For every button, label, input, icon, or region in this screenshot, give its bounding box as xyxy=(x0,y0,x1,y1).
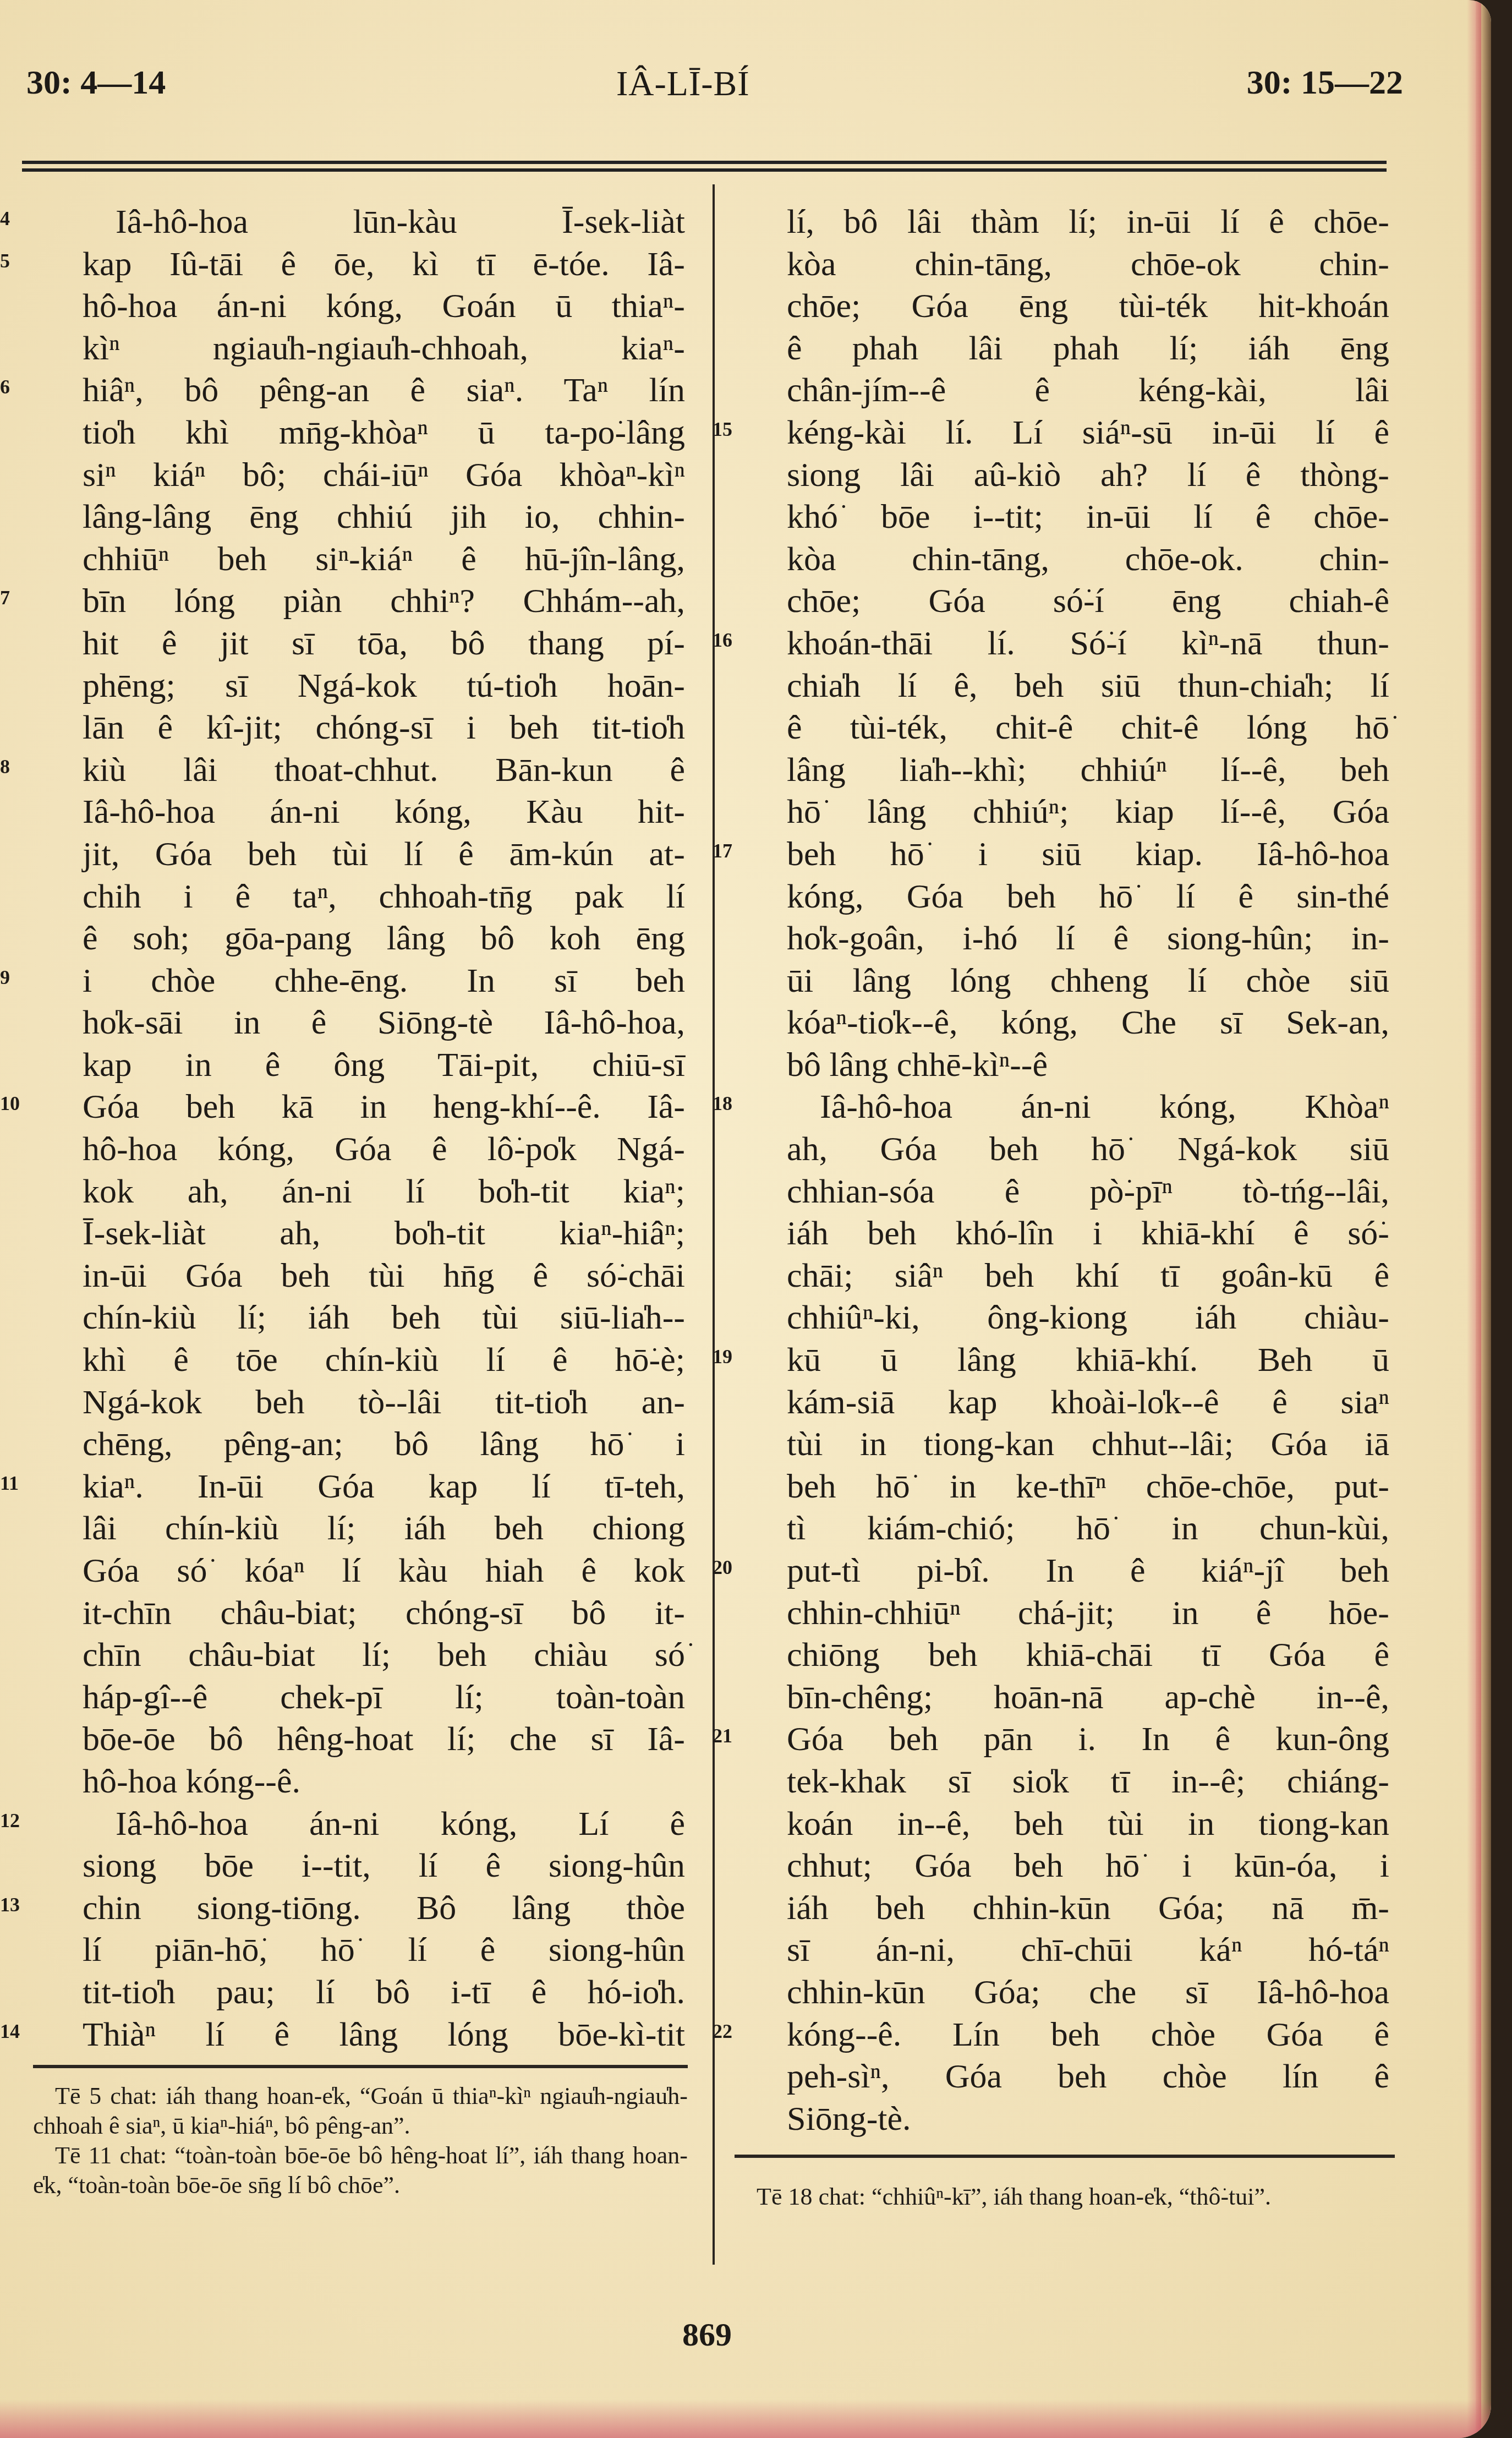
line-text: kok ah, án-ni lí bo̍h-tit kiaⁿ; xyxy=(83,1173,685,1210)
verse-number: 18 xyxy=(713,1083,746,1125)
line-text: chân-jím--ê ê kéng-kài, lâi xyxy=(787,371,1389,409)
verse-number: 6 xyxy=(0,366,33,408)
text-line: kìⁿ ngiau̍h-ngiau̍h-chhoah, kiaⁿ- xyxy=(83,327,685,370)
line-text: lâng lia̍h--khì; chhiúⁿ lí--ê, beh xyxy=(787,751,1389,789)
line-text: hô-hoa kóng, Góa ê lô͘-po̍k Ngá- xyxy=(83,1130,685,1168)
text-line: 11kiaⁿ. In-ūi Góa kap lí tī-teh, xyxy=(83,1466,685,1508)
line-text: lān ê kî-jit; chóng-sī i beh tit-tio̍h xyxy=(83,709,685,746)
text-line: hô-hoa kóng, Góa ê lô͘-po̍k Ngá- xyxy=(83,1128,685,1171)
text-line: in-ūi Góa beh tùi hn̄g ê só͘-chāi xyxy=(83,1255,685,1297)
text-line: hō͘ lâng chhiúⁿ; kiap lí--ê, Góa xyxy=(787,791,1389,833)
line-text: bô lâng chhē-kìⁿ--ê xyxy=(787,1046,1048,1084)
line-text: Ngá-kok beh tò--lâi tit-tio̍h an- xyxy=(83,1384,685,1421)
column-divider xyxy=(713,184,715,2265)
text-line: tì kiám-chió; hō͘ in chun-kùi, xyxy=(787,1507,1389,1550)
text-line: beh hō͘ in ke-thīⁿ chōe-chōe, put- xyxy=(787,1466,1389,1508)
text-line: Iâ-hô-hoa án-ni kóng, Kàu hit- xyxy=(83,791,685,833)
line-text: bīn-chêng; hoān-nā ap-chè in--ê, xyxy=(787,1679,1389,1716)
text-line: tùi in tiong-kan chhut--lâi; Góa iā xyxy=(787,1423,1389,1466)
line-text: chiōng beh khiā-chāi tī Góa ê xyxy=(787,1636,1389,1674)
line-text: chhin-chhiūⁿ chá-jit; in ê hōe- xyxy=(787,1594,1389,1632)
line-text: chia̍h lí ê, beh siū thun-chia̍h; lí xyxy=(787,667,1389,704)
line-text: ê tùi-ték, chit-ê chit-ê lóng hō͘ xyxy=(787,709,1389,746)
line-text: ho̍k-sāi in ê Siōng-tè Iâ-hô-hoa, xyxy=(83,1004,685,1041)
line-text: ê soh; gōa-pang lâng bô koh ēng xyxy=(83,920,685,957)
text-line: 6hiâⁿ, bô pêng-an ê siaⁿ. Taⁿ lín xyxy=(83,369,685,412)
line-text: hô-hoa kóng--ê. xyxy=(83,1763,300,1800)
line-text: sī án-ni, chī-chūi káⁿ hó-táⁿ xyxy=(787,1931,1389,1969)
line-text: ê phah lâi phah lí; iáh ēng xyxy=(787,330,1389,367)
line-text: hiâⁿ, bô pêng-an ê siaⁿ. Taⁿ lín xyxy=(83,371,685,409)
text-line: tit-tio̍h pau; lí bô i-tī ê hó-io̍h. xyxy=(83,1971,685,2014)
header-rule-top xyxy=(22,161,1387,164)
verse-number: 5 xyxy=(0,240,33,282)
left-footnote-rule xyxy=(33,2065,688,2068)
footnote: Tē 11 chat: “toàn-toàn bōe-ōe bô hêng-ho… xyxy=(33,2141,688,2200)
text-line: kám-siā kap khoài-lo̍k--ê ê siaⁿ xyxy=(787,1381,1389,1424)
text-line: chīn châu-biat lí; beh chiàu só͘ xyxy=(83,1634,685,1676)
line-text: chhiûⁿ-ki, ông-kiong iáh chiàu- xyxy=(787,1299,1389,1336)
text-line: 8kiù lâi thoat-chhut. Bān-kun ê xyxy=(83,749,685,791)
text-line: phēng; sī Ngá-kok tú-tio̍h hoān- xyxy=(83,665,685,707)
line-text: peh-sìⁿ, Góa beh chòe lín ê xyxy=(787,2058,1389,2095)
text-line: 14Thiàⁿ lí ê lâng lóng bōe-kì-tit xyxy=(83,2014,685,2056)
line-text: khì ê tōe chín-kiù lí ê hō͘-è; xyxy=(83,1341,685,1379)
line-text: beh hō͘ in ke-thīⁿ chōe-chōe, put- xyxy=(787,1468,1389,1505)
line-text: iáh beh chhin-kūn Góa; nā m̄- xyxy=(787,1889,1389,1927)
line-text: kiaⁿ. In-ūi Góa kap lí tī-teh, xyxy=(83,1468,685,1505)
line-text: i chòe chhe-ēng. In sī beh xyxy=(83,962,685,999)
verse-number: 12 xyxy=(0,1800,33,1842)
left-column-text: 4Iâ-hô-hoa lūn-kàu Ī-sek-liàt5kap Iû-tāi… xyxy=(83,201,685,2056)
text-line: 22kóng--ê. Lín beh chòe Góa ê xyxy=(787,2014,1389,2056)
text-line: hô-hoa án-ni kóng, Goán ū thiaⁿ- xyxy=(83,285,685,327)
verse-number: 19 xyxy=(713,1336,746,1378)
text-line: chhian-sóa ê pò͘-pīⁿ tò-tńg--lâi, xyxy=(787,1171,1389,1213)
line-text: bōe-ōe bô hêng-hoat lí; che sī Iâ- xyxy=(83,1720,685,1758)
text-line: ê phah lâi phah lí; iáh ēng xyxy=(787,327,1389,370)
line-text: kiù lâi thoat-chhut. Bān-kun ê xyxy=(83,751,685,789)
text-line: bīn-chêng; hoān-nā ap-chè in--ê, xyxy=(787,1676,1389,1719)
line-text: tek-khak sī sio̍k tī in--ê; chiáng- xyxy=(787,1763,1389,1800)
text-line: 10Góa beh kā in heng-khí--ê. Iâ- xyxy=(83,1086,685,1128)
text-line: siong lâi aû-kiò ah? lí ê thòng- xyxy=(787,454,1389,496)
right-column-text: lí, bô lâi thàm lí; in-ūi lí ê chōe-kòa … xyxy=(787,201,1389,2140)
text-line: chōe; Góa ēng tùi-ték hit-khoán xyxy=(787,285,1389,327)
text-line: 20put-tì pi-bî. In ê kiáⁿ-jî beh xyxy=(787,1550,1389,1592)
red-edge-stain-bottom xyxy=(0,2399,1491,2438)
line-text: hit ê jit sī tōa, bô thang pí- xyxy=(83,625,685,662)
line-text: lí, bô lâi thàm lí; in-ūi lí ê chōe- xyxy=(787,203,1389,240)
line-text: phēng; sī Ngá-kok tú-tio̍h hoān- xyxy=(83,667,685,704)
text-line: 12Iâ-hô-hoa án-ni kóng, Lí ê xyxy=(83,1803,685,1845)
running-header: 30: 4—14 IÂ-LĪ-BÍ 30: 15—22 xyxy=(22,63,1403,107)
line-text: chēng, pêng-an; bô lâng hō͘ i xyxy=(83,1425,685,1463)
text-line: Ngá-kok beh tò--lâi tit-tio̍h an- xyxy=(83,1381,685,1424)
verse-number: 11 xyxy=(0,1462,33,1505)
text-line: bōe-ōe bô hêng-hoat lí; che sī Iâ- xyxy=(83,1718,685,1761)
footnote: Tē 18 chat: “chhiûⁿ-kī”, iáh thang hoan-… xyxy=(735,2182,1395,2212)
text-line: chín-kiù lí; iáh beh tùi siū-lia̍h-- xyxy=(83,1297,685,1339)
line-text: kóng--ê. Lín beh chòe Góa ê xyxy=(787,2016,1389,2053)
verse-number: 17 xyxy=(713,830,746,872)
text-line: kap in ê ông Tāi-pit, chiū-sī xyxy=(83,1044,685,1086)
line-text: chōe; Góa só͘-í ēng chiah-ê xyxy=(787,582,1389,620)
text-line: siⁿ kiáⁿ bô; chái-iūⁿ Góa khòaⁿ-kìⁿ xyxy=(83,454,685,496)
text-line: 9i chòe chhe-ēng. In sī beh xyxy=(83,960,685,1002)
line-text: Góa só͘ kóaⁿ lí kàu hiah ê kok xyxy=(83,1552,685,1589)
text-line: chhiūⁿ beh siⁿ-kiáⁿ ê hū-jîn-lâng, xyxy=(83,538,685,581)
text-line: chiōng beh khiā-chāi tī Góa ê xyxy=(787,1634,1389,1676)
line-text: put-tì pi-bî. In ê kiáⁿ-jî beh xyxy=(787,1552,1389,1589)
line-text: iáh beh khó-lîn i khiā-khí ê só͘- xyxy=(787,1215,1389,1252)
line-text: kéng-kài lí. Lí siáⁿ-sū in-ūi lí ê xyxy=(787,414,1389,451)
verse-number: 8 xyxy=(0,746,33,788)
line-text: lí piān-hō͘, hō͘ lí ê siong-hûn xyxy=(83,1931,685,1969)
text-line: hô-hoa kóng--ê. xyxy=(83,1761,685,1803)
line-text: lâi chín-kiù lí; iáh beh chiong xyxy=(83,1510,685,1547)
line-text: Góa beh kā in heng-khí--ê. Iâ- xyxy=(83,1088,685,1125)
header-book-title: IÂ-LĪ-BÍ xyxy=(616,63,750,104)
text-line: 19kū ū lâng khiā-khí. Beh ū xyxy=(787,1339,1389,1381)
line-text: beh hō͘ i siū kiap. Iâ-hô-hoa xyxy=(787,835,1389,873)
text-line: chōe; Góa só͘-í ēng chiah-ê xyxy=(787,580,1389,622)
line-text: ho̍k-goân, i-hó lí ê siong-hûn; in- xyxy=(787,920,1389,957)
text-line: 7bīn lóng piàn chhiⁿ? Chhám--ah, xyxy=(83,580,685,622)
text-line: ê tùi-ték, chit-ê chit-ê lóng hō͘ xyxy=(787,707,1389,749)
text-line: kòa chin-tāng, chōe-ok. chin- xyxy=(787,538,1389,581)
header-rule-bottom xyxy=(22,168,1387,172)
line-text: chhut; Góa beh hō͘ i kūn-óa, i xyxy=(787,1847,1389,1884)
text-line: 13chin siong-tiōng. Bô lâng thòe xyxy=(83,1887,685,1929)
text-line: bô lâng chhē-kìⁿ--ê xyxy=(787,1044,1389,1086)
text-line: chia̍h lí ê, beh siū thun-chia̍h; lí xyxy=(787,665,1389,707)
line-text: kám-siā kap khoài-lo̍k--ê ê siaⁿ xyxy=(787,1384,1389,1421)
verse-number: 13 xyxy=(0,1884,33,1926)
text-line: 17beh hō͘ i siū kiap. Iâ-hô-hoa xyxy=(787,833,1389,876)
text-line: sī án-ni, chī-chūi káⁿ hó-táⁿ xyxy=(787,1929,1389,1971)
line-text: chhiūⁿ beh siⁿ-kiáⁿ ê hū-jîn-lâng, xyxy=(83,540,685,578)
text-line: 15kéng-kài lí. Lí siáⁿ-sū in-ūi lí ê xyxy=(787,412,1389,454)
book-page: 30: 4—14 IÂ-LĪ-BÍ 30: 15—22 4Iâ-hô-hoa l… xyxy=(0,0,1491,2438)
verse-number: 9 xyxy=(0,956,33,999)
text-line: chhin-kūn Góa; che sī Iâ-hô-hoa xyxy=(787,1971,1389,2014)
left-footnotes: Tē 5 chat: iáh thang hoan-e̍k, “Goán ū t… xyxy=(33,2081,688,2200)
verse-number: 20 xyxy=(713,1546,746,1589)
footnote: Tē 5 chat: iáh thang hoan-e̍k, “Goán ū t… xyxy=(33,2081,688,2141)
verse-number: 16 xyxy=(713,619,746,662)
line-text: ah, Góa beh hō͘ Ngá-kok siū xyxy=(787,1130,1389,1168)
text-line: 5kap Iû-tāi ê ōe, kì tī ē-tóe. Iâ- xyxy=(83,243,685,286)
line-text: kū ū lâng khiā-khí. Beh ū xyxy=(787,1341,1389,1379)
text-line: 21Góa beh pān i. In ê kun-ông xyxy=(787,1718,1389,1761)
text-line: lān ê kî-jit; chóng-sī i beh tit-tio̍h xyxy=(83,707,685,749)
line-text: kap Iû-tāi ê ōe, kì tī ē-tóe. Iâ- xyxy=(83,245,685,283)
line-text: kìⁿ ngiau̍h-ngiau̍h-chhoah, kiaⁿ- xyxy=(83,330,685,367)
verse-number: 22 xyxy=(713,2010,746,2053)
verse-number: 4 xyxy=(0,198,33,240)
line-text: Iâ-hô-hoa lūn-kàu Ī-sek-liàt xyxy=(116,203,685,240)
text-line: lâi chín-kiù lí; iáh beh chiong xyxy=(83,1507,685,1550)
text-line: 16khoán-thāi lí. Só͘-í kìⁿ-nā thun- xyxy=(787,622,1389,665)
text-line: chhin-chhiūⁿ chá-jit; in ê hōe- xyxy=(787,1592,1389,1635)
line-text: tì kiám-chió; hō͘ in chun-kùi, xyxy=(787,1510,1389,1547)
text-line: chhut; Góa beh hō͘ i kūn-óa, i xyxy=(787,1845,1389,1887)
line-text: háp-gî--ê chek-pī lí; toàn-toàn xyxy=(83,1679,685,1716)
text-line: 18Iâ-hô-hoa án-ni kóng, Khòaⁿ xyxy=(787,1086,1389,1128)
text-line: ah, Góa beh hō͘ Ngá-kok siū xyxy=(787,1128,1389,1171)
text-line: koán in--ê, beh tùi in tiong-kan xyxy=(787,1803,1389,1845)
text-line: tio̍h khì mn̄g-khòaⁿ ū ta-po͘-lâng xyxy=(83,412,685,454)
text-line: kok ah, án-ni lí bo̍h-tit kiaⁿ; xyxy=(83,1171,685,1213)
line-text: chāi; siâⁿ beh khí tī goân-kū ê xyxy=(787,1257,1389,1294)
line-text: kóng, Góa beh hō͘ lí ê sin-thé xyxy=(787,878,1389,915)
text-line: it-chīn châu-biat; chóng-sī bô it- xyxy=(83,1592,685,1635)
line-text: siong bōe i--tit, lí ê siong-hûn xyxy=(83,1847,685,1884)
line-text: kòa chin-tāng, chōe-ok. chin- xyxy=(787,540,1389,578)
text-line: khì ê tōe chín-kiù lí ê hō͘-è; xyxy=(83,1339,685,1381)
text-line: kóng, Góa beh hō͘ lí ê sin-thé xyxy=(787,876,1389,918)
right-footnotes: Tē 18 chat: “chhiûⁿ-kī”, iáh thang hoan-… xyxy=(735,2182,1395,2212)
right-footnote-rule xyxy=(735,2155,1395,2158)
verse-number: 21 xyxy=(713,1715,746,1757)
line-text: kòa chin-tāng, chōe-ok chin- xyxy=(787,245,1389,283)
line-text: chih i ê taⁿ, chhoah-tn̄g pak lí xyxy=(83,878,685,915)
text-line: khó͘ bōe i--tit; in-ūi lí ê chōe- xyxy=(787,496,1389,538)
text-line: ūi lâng lóng chheng lí chòe siū xyxy=(787,960,1389,1002)
text-line: chāi; siâⁿ beh khí tī goân-kū ê xyxy=(787,1255,1389,1297)
text-line: Siōng-tè. xyxy=(787,2098,1389,2140)
text-line: kòa chin-tāng, chōe-ok chin- xyxy=(787,243,1389,286)
text-line: ho̍k-goân, i-hó lí ê siong-hûn; in- xyxy=(787,917,1389,960)
line-text: Góa beh pān i. In ê kun-ông xyxy=(787,1720,1389,1758)
verse-number: 7 xyxy=(0,577,33,619)
text-line: chih i ê taⁿ, chhoah-tn̄g pak lí xyxy=(83,876,685,918)
verse-number: 14 xyxy=(0,2010,33,2053)
line-text: tit-tio̍h pau; lí bô i-tī ê hó-io̍h. xyxy=(83,1974,685,2011)
text-line: Góa só͘ kóaⁿ lí kàu hiah ê kok xyxy=(83,1550,685,1592)
verse-number: 10 xyxy=(0,1083,33,1125)
line-text: ūi lâng lóng chheng lí chòe siū xyxy=(787,962,1389,999)
text-line: jit, Góa beh tùi lí ê ām-kún at- xyxy=(83,833,685,876)
text-line: chhiûⁿ-ki, ông-kiong iáh chiàu- xyxy=(787,1297,1389,1339)
text-line: iáh beh khó-lîn i khiā-khí ê só͘- xyxy=(787,1212,1389,1255)
text-line: 4Iâ-hô-hoa lūn-kàu Ī-sek-liàt xyxy=(83,201,685,243)
line-text: koán in--ê, beh tùi in tiong-kan xyxy=(787,1805,1389,1843)
line-text: bīn lóng piàn chhiⁿ? Chhám--ah, xyxy=(83,582,685,620)
line-text: Iâ-hô-hoa án-ni kóng, Lí ê xyxy=(116,1805,685,1843)
text-line: kóaⁿ-tio̍k--ê, kóng, Che sī Sek-an, xyxy=(787,1002,1389,1044)
line-text: tùi in tiong-kan chhut--lâi; Góa iā xyxy=(787,1425,1389,1463)
line-text: siⁿ kiáⁿ bô; chái-iūⁿ Góa khòaⁿ-kìⁿ xyxy=(83,456,685,494)
line-text: chhin-kūn Góa; che sī Iâ-hô-hoa xyxy=(787,1974,1389,2011)
line-text: kóaⁿ-tio̍k--ê, kóng, Che sī Sek-an, xyxy=(787,1004,1389,1041)
text-line: lí, bô lâi thàm lí; in-ūi lí ê chōe- xyxy=(787,201,1389,243)
line-text: hô-hoa án-ni kóng, Goán ū thiaⁿ- xyxy=(83,287,685,325)
text-line: iáh beh chhin-kūn Góa; nā m̄- xyxy=(787,1887,1389,1929)
line-text: hō͘ lâng chhiúⁿ; kiap lí--ê, Góa xyxy=(787,793,1389,830)
line-text: Iâ-hô-hoa án-ni kóng, Khòaⁿ xyxy=(820,1088,1389,1125)
line-text: kap in ê ông Tāi-pit, chiū-sī xyxy=(83,1046,685,1084)
line-text: Iâ-hô-hoa án-ni kóng, Kàu hit- xyxy=(83,793,685,830)
line-text: tio̍h khì mn̄g-khòaⁿ ū ta-po͘-lâng xyxy=(83,414,685,451)
header-right-reference: 30: 15—22 xyxy=(1247,63,1403,102)
red-edge-stain xyxy=(1467,0,1481,2438)
text-line: Ī-sek-liàt ah, bo̍h-tit kiaⁿ-hiâⁿ; xyxy=(83,1212,685,1255)
text-line: peh-sìⁿ, Góa beh chòe lín ê xyxy=(787,2056,1389,2098)
line-text: Siōng-tè. xyxy=(787,2100,911,2138)
line-text: khó͘ bōe i--tit; in-ūi lí ê chōe- xyxy=(787,498,1389,535)
line-text: chin siong-tiōng. Bô lâng thòe xyxy=(83,1889,685,1927)
text-line: chân-jím--ê ê kéng-kài, lâi xyxy=(787,369,1389,412)
line-text: Ī-sek-liàt ah, bo̍h-tit kiaⁿ-hiâⁿ; xyxy=(83,1215,685,1252)
text-line: háp-gî--ê chek-pī lí; toàn-toàn xyxy=(83,1676,685,1719)
line-text: jit, Góa beh tùi lí ê ām-kún at- xyxy=(83,835,685,873)
text-line: lí piān-hō͘, hō͘ lí ê siong-hûn xyxy=(83,1929,685,1971)
text-line: lâng lia̍h--khì; chhiúⁿ lí--ê, beh xyxy=(787,749,1389,791)
line-text: it-chīn châu-biat; chóng-sī bô it- xyxy=(83,1594,685,1632)
line-text: chīn châu-biat lí; beh chiàu só͘ xyxy=(83,1636,685,1674)
line-text: lâng-lâng ēng chhiú jih io, chhin- xyxy=(83,498,685,535)
line-text: chín-kiù lí; iáh beh tùi siū-lia̍h-- xyxy=(83,1299,685,1336)
text-line: tek-khak sī sio̍k tī in--ê; chiáng- xyxy=(787,1761,1389,1803)
line-text: chhian-sóa ê pò͘-pīⁿ tò-tńg--lâi, xyxy=(787,1173,1389,1210)
text-line: hit ê jit sī tōa, bô thang pí- xyxy=(83,622,685,665)
text-line: chēng, pêng-an; bô lâng hō͘ i xyxy=(83,1423,685,1466)
verse-number: 15 xyxy=(713,408,746,451)
text-line: lâng-lâng ēng chhiú jih io, chhin- xyxy=(83,496,685,538)
line-text: in-ūi Góa beh tùi hn̄g ê só͘-chāi xyxy=(83,1257,685,1294)
line-text: Thiàⁿ lí ê lâng lóng bōe-kì-tit xyxy=(83,2016,685,2053)
text-line: ho̍k-sāi in ê Siōng-tè Iâ-hô-hoa, xyxy=(83,1002,685,1044)
page-number: 869 xyxy=(682,2316,732,2354)
text-line: siong bōe i--tit, lí ê siong-hûn xyxy=(83,1845,685,1887)
text-line: ê soh; gōa-pang lâng bô koh ēng xyxy=(83,917,685,960)
line-text: khoán-thāi lí. Só͘-í kìⁿ-nā thun- xyxy=(787,625,1389,662)
line-text: siong lâi aû-kiò ah? lí ê thòng- xyxy=(787,456,1389,494)
line-text: chōe; Góa ēng tùi-ték hit-khoán xyxy=(787,287,1389,325)
header-left-reference: 30: 4—14 xyxy=(26,63,166,102)
